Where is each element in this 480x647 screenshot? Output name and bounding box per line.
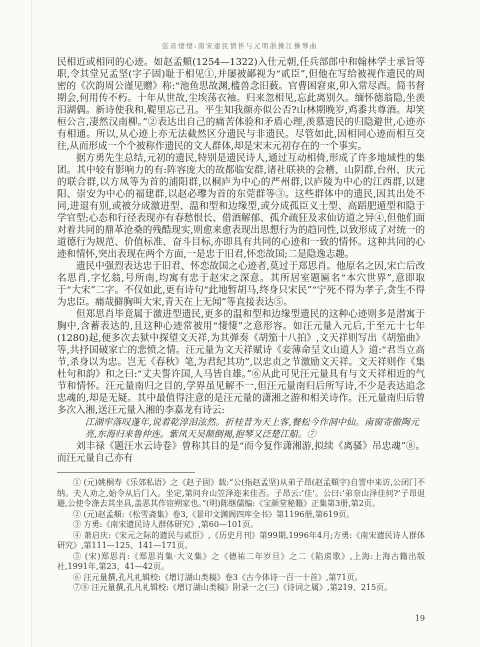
footnote-item: ④ 萧启庆:《宋元之际的遗民与贰臣》,《历史月刊》第99期,1996年4月;方勇… bbox=[57, 531, 425, 552]
scanned-book-page: 弦音悽悽:南宋遗民情怀与元明浙操江操琴曲 民相近或相同的心迹。如赵孟頫(1254… bbox=[0, 0, 480, 647]
body-paragraph: 遗民中强烈表达忠于旧君、怀恋故国之心迹者,莫过于郑思肖。他原名之因,宋亡后改名思… bbox=[57, 261, 425, 309]
body-paragraph: 民相近或相同的心迹。如赵孟頫(1254—1322)入仕元朝,任兵部郎中和翰林学士… bbox=[57, 57, 425, 153]
body-paragraph: 刘丰禄《题汪水云诗卷》曾称其目的是“而今复作潇湘游,拟续《离骚》吊忠魂”⑧。而汪… bbox=[57, 441, 425, 465]
footnote-item: ② (元)赵孟頫:《松雪斋集》卷3,《景印文渊阁四库全书》第1196册,第619… bbox=[57, 510, 425, 521]
footnotes-block: ① (元)姚桐寿《乐郊私语》之《赵子固》载:“公(指赵孟坚)从弟子昂(赵孟頫字)… bbox=[57, 478, 425, 594]
footnote-separator bbox=[57, 472, 195, 473]
body-paragraph: 但郑思肖毕竟属于激进型遗民,更多的温和型和边缘型遗民的这种心迹则多是潜寓于胸中,… bbox=[57, 309, 425, 417]
footnote-item: ⑥ 汪元量撰,孔凡礼辑校:《增订湖山类稿》卷3《古今体诗一百一十首》,第71页。 bbox=[57, 573, 425, 584]
footnote-item: ① (元)姚桐寿《乐郊私语》之《赵子固》载:“公(指赵孟坚)从弟子昂(赵孟頫字)… bbox=[57, 478, 425, 510]
footnote-item: ⑦⑧ 汪元量撰,孔凡礼辑校:《增订湖山类稿》附录一之(三)《诗词之属》,第219… bbox=[57, 583, 425, 594]
poem-quote: 江湖牢落叹蓬年,说着乾淳泪泫然。折桂昔为天上客,餐松今作洞中仙。南窗寄傲陶元亮,… bbox=[85, 417, 419, 441]
running-header: 弦音悽悽:南宋遗民情怀与元明浙操江操琴曲 bbox=[0, 41, 480, 50]
page-number: 19 bbox=[415, 614, 425, 623]
footnote-item: ③ 方勇:《南宋遗民诗人群体研究》,第60—101页。 bbox=[57, 520, 425, 531]
body-paragraph: 据方勇先生总结,元初的遗民,特别是遗民诗人,通过互动相倚,形成了许多地域性的集团… bbox=[57, 153, 425, 261]
scan-binding-line bbox=[31, 0, 32, 647]
page-body: 民相近或相同的心迹。如赵孟頫(1254—1322)入仕元朝,任兵部郎中和翰林学士… bbox=[57, 57, 425, 594]
footnote-item: ⑤ (宋)郑思肖:《郑思肖集·大义集》之《德祐二年岁旦》之二《陷虏歌》,上海:上… bbox=[57, 552, 425, 573]
